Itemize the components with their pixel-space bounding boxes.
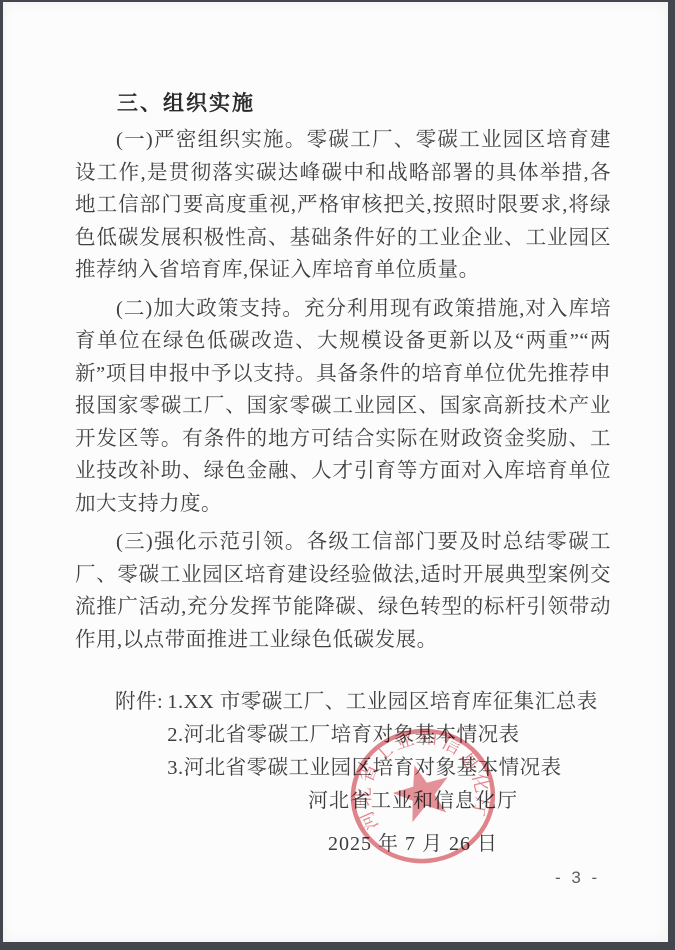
document-page: 三、组织实施 (一)严密组织实施。零碳工厂、零碳工业园区培育建设工作,是贯彻落实… (3, 2, 668, 942)
attachments-list: 1.XX 市零碳工厂、工业园区培育库征集汇总表 2.河北省零碳工厂培育对象基本情… (167, 686, 598, 785)
attachment-item-1: 1.XX 市零碳工厂、工业园区培育库征集汇总表 (167, 686, 598, 719)
attachments-block: 附件: 1.XX 市零碳工厂、工业园区培育库征集汇总表 2.河北省零碳工厂培育对… (115, 686, 611, 785)
attachment-item-3: 3.河北省零碳工业园区培育对象基本情况表 (167, 752, 598, 785)
issuer-name: 河北省工业和信息化厅 (298, 784, 528, 813)
signature-block: 河北省工业和信息化厅 2025 年 7 月 26 日 (298, 784, 528, 856)
paragraph-demonstration-leading: (三)强化示范引领。各级工信部门要及时总结零碳工厂、零碳工业园区培育建设经验做法… (75, 526, 611, 656)
attachments-label: 附件: (115, 686, 163, 785)
paragraph-organize-implementation: (一)严密组织实施。零碳工厂、零碳工业园区培育建设工作,是贯彻落实碳达峰碳中和战… (75, 124, 611, 287)
scanned-document-page: { "page": { "page_number": "- 3 -" }, "c… (0, 0, 675, 950)
document-content: 三、组织实施 (一)严密组织实施。零碳工厂、零碳工业园区培育建设工作,是贯彻落实… (3, 2, 668, 942)
issue-date: 2025 年 7 月 26 日 (298, 827, 528, 856)
paragraph-policy-support: (二)加大政策支持。充分利用现有政策措施,对入库培育单位在绿色低碳改造、大规模设… (75, 293, 611, 521)
attachment-item-2: 2.河北省零碳工厂培育对象基本情况表 (167, 719, 598, 752)
section-heading: 三、组织实施 (75, 88, 611, 118)
page-number: - 3 - (555, 868, 600, 888)
